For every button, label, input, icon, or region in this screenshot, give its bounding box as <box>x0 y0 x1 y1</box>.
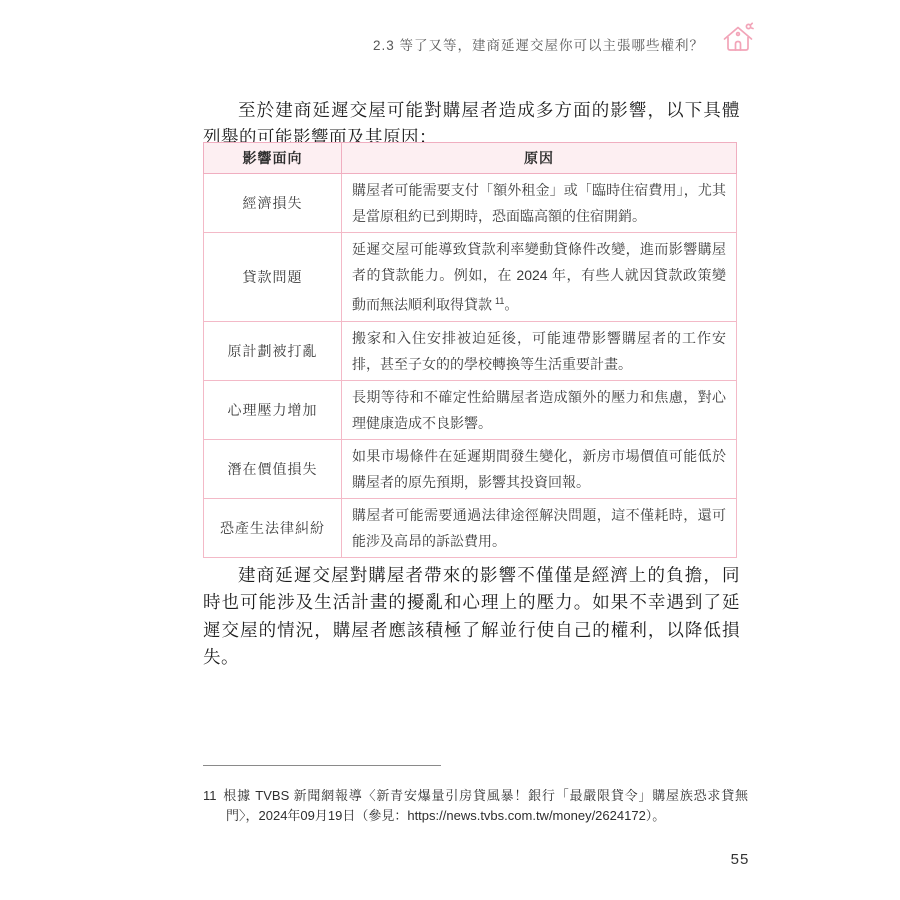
house-icon <box>718 18 758 60</box>
aspect-cell: 恐產生法律糾紛 <box>204 498 342 557</box>
page-number: 55 <box>724 851 756 868</box>
reason-text: 延遲交屋可能導致貸款利率變動貸條件改變，進而影響購屋者的貸款能力。例如，在 20… <box>352 241 726 313</box>
aspect-cell: 原計劃被打亂 <box>204 321 342 380</box>
column-header-reason: 原因 <box>342 143 737 174</box>
reason-text-suffix: 。 <box>504 297 518 313</box>
aspect-cell: 經濟損失 <box>204 174 342 233</box>
column-header-aspect: 影響面向 <box>204 143 342 174</box>
table-row: 潛在價值損失 如果市場條件在延遲期間發生變化，新房市場價值可能低於購屋者的原先預… <box>204 439 737 498</box>
footnote: 11根據 TVBS 新聞網報導〈新青安爆量引房貸風暴！銀行「最嚴限貸令」購屋族恐… <box>203 786 748 825</box>
footnote-text: 根據 TVBS 新聞網報導〈新青安爆量引房貸風暴！銀行「最嚴限貸令」購屋族恐求貸… <box>223 788 749 823</box>
table-header-row: 影響面向 原因 <box>204 143 737 174</box>
footnote-reference: 11 <box>495 296 504 306</box>
table-row: 心理壓力增加 長期等待和不確定性給購屋者造成額外的壓力和焦慮，對心理健康造成不良… <box>204 380 737 439</box>
reason-cell: 延遲交屋可能導致貸款利率變動貸條件改變，進而影響購屋者的貸款能力。例如，在 20… <box>342 233 737 322</box>
reason-cell: 購屋者可能需要支付「額外租金」或「臨時住宿費用」，尤其是當原租約已到期時，恐面臨… <box>342 174 737 233</box>
reason-cell: 如果市場條件在延遲期間發生變化，新房市場價值可能低於購屋者的原先預期，影響其投資… <box>342 439 737 498</box>
chapter-title: 2.3 等了又等，建商延遲交屋你可以主張哪些權利？ <box>373 34 704 54</box>
reason-cell: 長期等待和不確定性給購屋者造成額外的壓力和焦慮，對心理健康造成不良影響。 <box>342 380 737 439</box>
reason-cell: 搬家和入住安排被迫延後，可能連帶影響購屋者的工作安排，甚至子女的的學校轉換等生活… <box>342 321 737 380</box>
closing-paragraph: 建商延遲交屋對購屋者帶來的影響不僅僅是經濟上的負擔，同時也可能涉及生活計畫的擾亂… <box>203 562 740 672</box>
table-row: 原計劃被打亂 搬家和入住安排被迫延後，可能連帶影響購屋者的工作安排，甚至子女的的… <box>204 321 737 380</box>
aspect-cell: 心理壓力增加 <box>204 380 342 439</box>
aspect-cell: 潛在價值損失 <box>204 439 342 498</box>
book-page: 2.3 等了又等，建商延遲交屋你可以主張哪些權利？ 至於建商延遲交屋可能對購屋者… <box>0 0 900 900</box>
aspect-cell: 貸款問題 <box>204 233 342 322</box>
table-row: 恐產生法律糾紛 購屋者可能需要通過法律途徑解決問題，這不僅耗時，還可能涉及高昂的… <box>204 498 737 557</box>
table-row: 經濟損失 購屋者可能需要支付「額外租金」或「臨時住宿費用」，尤其是當原租約已到期… <box>204 174 737 233</box>
table-row: 貸款問題 延遲交屋可能導致貸款利率變動貸條件改變，進而影響購屋者的貸款能力。例如… <box>204 233 737 322</box>
footnote-number: 11 <box>203 788 217 803</box>
impact-table: 影響面向 原因 經濟損失 購屋者可能需要支付「額外租金」或「臨時住宿費用」，尤其… <box>203 142 737 558</box>
footnote-divider <box>203 765 441 766</box>
reason-cell: 購屋者可能需要通過法律途徑解決問題，這不僅耗時，還可能涉及高昂的訴訟費用。 <box>342 498 737 557</box>
